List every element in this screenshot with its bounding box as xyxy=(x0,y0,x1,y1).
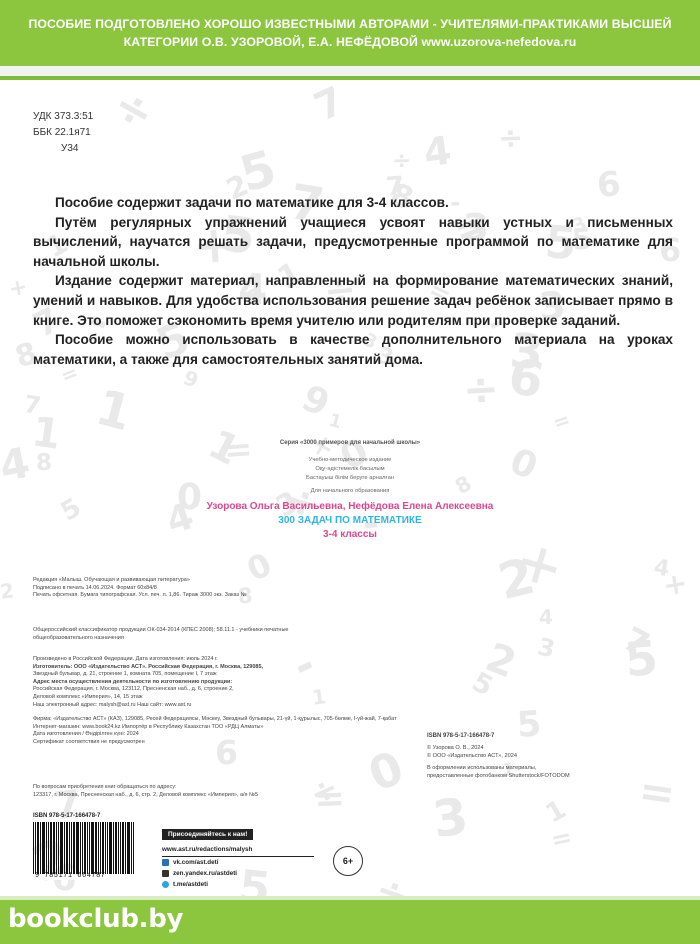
copyright-publisher: © ООО «Издательство АСТ», 2024 xyxy=(427,752,570,760)
annotation-paragraph: Путём регулярных упражнений учащиеся усв… xyxy=(33,213,673,272)
imprint-line: Редакция «Малыш. Обучающая и развивающая… xyxy=(33,577,403,585)
imprint-line: Деловой комплекс «Империя», 14, 15 этаж xyxy=(33,694,403,702)
telegram-icon xyxy=(162,881,169,888)
background-digit: + xyxy=(7,274,30,302)
background-digit: 1 xyxy=(326,410,344,434)
background-digit: = xyxy=(636,766,679,821)
imprint-line: Звездный бульвар, д. 21, строение 1, ком… xyxy=(33,671,403,679)
classification-codes: УДК 373.3:51 ББК 22.1я71 У34 xyxy=(33,109,93,157)
imprint-line: Печать офсетная. Бумага типографская. Ус… xyxy=(33,592,403,600)
photo-credit: В оформлении использованы материалы, xyxy=(427,764,570,772)
copyright-authors: © Узорова О. В., 2024 xyxy=(427,744,570,752)
series-name: Серия «3000 примеров для начальной школы… xyxy=(150,438,550,448)
background-digit: 5 xyxy=(622,630,660,688)
imprint-manufacturer: Произведено в Российской Федерации. Дата… xyxy=(33,656,403,709)
background-digit: 4 xyxy=(0,438,34,492)
background-digit: ÷ xyxy=(392,148,412,174)
series-block: Серия «3000 примеров для начальной школы… xyxy=(150,438,550,542)
footer-logo[interactable]: bookclub.by xyxy=(8,904,183,934)
edition-level-kz: Бастауыш білім беруге арналған xyxy=(150,474,550,483)
background-digit: ÷ xyxy=(104,80,164,142)
background-digit: 9 xyxy=(180,365,202,392)
udk-code: УДК 373.3:51 xyxy=(33,109,93,125)
social-links: Присоединяйтесь к нам! www.ast.ru/redact… xyxy=(162,823,314,890)
annotation-paragraph: Издание содержит материал, направленный … xyxy=(33,271,673,330)
top-strip xyxy=(0,66,700,76)
barcode-icon xyxy=(33,822,145,878)
banner-site-link[interactable]: www.uzorova-nefedova.ru xyxy=(421,35,576,49)
bbk-code: ББК 22.1я71 xyxy=(33,125,93,141)
author-code: У34 xyxy=(33,141,93,157)
imprint-line: Фирма: «Издательство АСТ» (КАЗ), 129085,… xyxy=(33,716,418,724)
copyright-block: ISBN 978-5-17-166478-7 © Узорова О. В., … xyxy=(427,732,570,780)
book-title: 300 ЗАДАЧ ПО МАТЕМАТИКЕ xyxy=(150,514,550,528)
imprint-line: Российская Федерация, г. Москва, 123112,… xyxy=(33,686,403,694)
banner-authors: КАТЕГОРИИ О.В. УЗОРОВОЙ, Е.А. НЕФЁДОВОЙ xyxy=(124,35,418,49)
background-digit: = xyxy=(550,407,573,435)
background-digit: 0 xyxy=(361,740,411,802)
background-digit: 4 xyxy=(421,128,454,176)
background-digit: ÷ xyxy=(462,364,501,416)
imprint-kazakhstan: Фирма: «Издательство АСТ» (КАЗ), 129085,… xyxy=(33,716,418,746)
background-digit: 4 xyxy=(539,605,553,629)
imprint-contacts: По вопросам приобретения книг обращаться… xyxy=(33,784,293,799)
social-link-label: t.me/astdeti xyxy=(173,879,208,890)
background-digit: 2 xyxy=(0,578,15,603)
imprint-line: Интернет-магазин: www.book24.kz Импортёр… xyxy=(33,724,418,732)
background-digit: 7 xyxy=(308,80,352,131)
imprint-classifier: Общероссийский классификатор продукции О… xyxy=(33,627,403,642)
imprint-line: Произведено в Российской Федерации. Дата… xyxy=(33,656,403,664)
background-digit: 5 xyxy=(56,492,87,527)
imprint-line: Общероссийский классификатор продукции О… xyxy=(33,627,403,635)
join-us-label: Присоединяйтесь к нам! xyxy=(162,829,253,840)
edition-level: Для начального образования xyxy=(150,487,550,496)
imprint-line: 123317, г. Москва, Пресненская наб., д. … xyxy=(33,792,293,800)
barcode-isbn: ISBN 978-5-17-166478-7 xyxy=(33,812,145,820)
social-link-label: zen.yandex.ru/astdeti xyxy=(173,868,237,879)
edition-type-kz: Оқу-әдістемелік басылым xyxy=(150,465,550,474)
vk-icon xyxy=(162,859,169,866)
publisher-url-link[interactable]: www.ast.ru/redactions/malysh xyxy=(162,844,314,857)
background-digit: 8 xyxy=(36,450,53,477)
banner-line-2: КАТЕГОРИИ О.В. УЗОРОВОЙ, Е.А. НЕФЁДОВОЙ … xyxy=(124,33,577,51)
background-digit: 1 xyxy=(90,379,138,443)
imprint-line: Дата изготовления / Өндірілген күні: 202… xyxy=(33,731,418,739)
barcode-block: ISBN 978-5-17-166478-7 9 785171 664787 xyxy=(33,812,145,890)
photo-credit: предоставленные фотобанком Shutterstock/… xyxy=(427,772,570,780)
social-link-telegram[interactable]: t.me/astdeti xyxy=(162,879,314,890)
isbn-number: ISBN 978-5-17-166478-7 xyxy=(427,732,570,740)
imprint-line: По вопросам приобретения книг обращаться… xyxy=(33,784,293,792)
background-digit: 3 xyxy=(429,787,472,849)
background-digit: 3 xyxy=(535,632,558,663)
zen-icon xyxy=(162,870,169,877)
imprint-print-info: Редакция «Малыш. Обучающая и развивающая… xyxy=(33,577,403,600)
annotation-text: Пособие содержит задачи по математике дл… xyxy=(33,193,673,369)
age-rating-badge: 6+ xyxy=(333,846,363,876)
social-link-zen[interactable]: zen.yandex.ru/astdeti xyxy=(162,868,314,879)
imprint-line: Наш электронный адрес: malysh@ast.ru Наш… xyxy=(33,702,403,710)
imprint-line: Подписано в печать 14.06.2024. Формат 60… xyxy=(33,585,403,593)
imprint-line: общеобразовательного назначения xyxy=(33,635,403,643)
social-link-vk[interactable]: vk.com/ast.deti xyxy=(162,857,314,868)
book-grade: 3-4 классы xyxy=(150,528,550,542)
social-link-label: vk.com/ast.deti xyxy=(173,857,219,868)
book-authors: Узорова Ольга Васильевна, Нефёдова Елена… xyxy=(150,500,550,514)
annotation-paragraph: Пособие содержит задачи по математике дл… xyxy=(33,193,673,213)
imprint-line: Сертификат соответствия не предусмотрен xyxy=(33,739,418,747)
banner-line-1: ПОСОБИЕ ПОДГОТОВЛЕНО ХОРОШО ИЗВЕСТНЫМИ А… xyxy=(28,15,671,33)
edition-type: Учебно-методическое издание xyxy=(150,456,550,465)
top-banner: ПОСОБИЕ ПОДГОТОВЛЕНО ХОРОШО ИЗВЕСТНЫМИ А… xyxy=(0,0,700,66)
annotation-paragraph: Пособие можно использовать в качестве до… xyxy=(33,330,673,369)
background-digit: ÷ xyxy=(497,121,523,157)
background-digit: = xyxy=(548,822,575,855)
background-digit: 2 xyxy=(479,634,522,687)
